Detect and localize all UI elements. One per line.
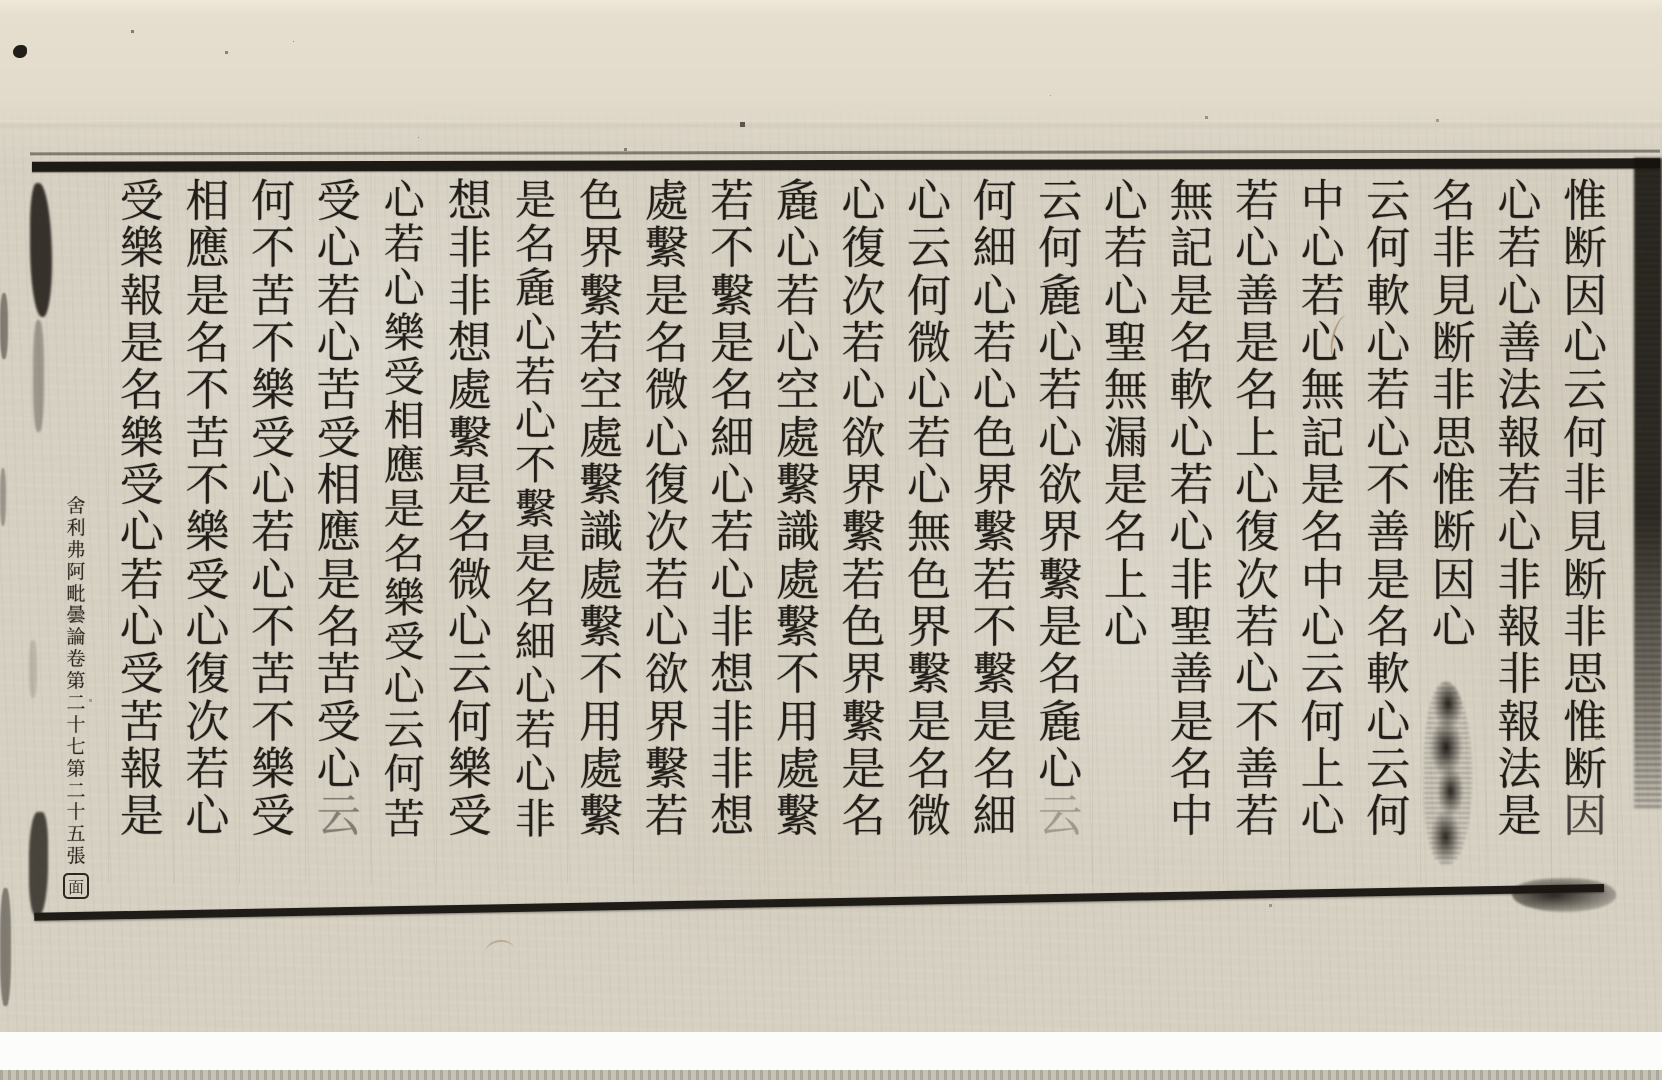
text-column-11: 心云何微心若心無色界繫是名微 <box>900 178 958 841</box>
text-column-3: 名非見断非思惟断因心 <box>1425 178 1483 651</box>
text-column-12: 心復次若心欲界繫若色界繫是名 <box>834 178 892 841</box>
text-column-1: 惟断因心云何非見断非思惟断因 <box>1556 178 1614 841</box>
text-column-2: 心若心善法報若心非報非報法是 <box>1490 178 1548 841</box>
text-column-9: 云何麁心若心欲界繫是名麁心云 <box>1031 178 1089 841</box>
text-column-20: 受心若心苦受相應是名苦受心云 <box>310 178 368 841</box>
text-column-5: 中心若心無記是名中心云何上心 <box>1294 178 1352 841</box>
text-column-4: 云何軟心若心不善是名軟心云何 <box>1359 178 1417 841</box>
page-scan: 惟断因心云何非見断非思惟断因心若心善法報若心非報非報法是名非見断非思惟断因心云何… <box>0 0 1662 1080</box>
text-column-18: 想非非想處繫是名微心云何樂受 <box>441 178 499 841</box>
text-area: 惟断因心云何非見断非思惟断因心若心善法報若心非報非報法是名非見断非思惟断因心云何… <box>0 0 1662 1080</box>
printer-mark: 面 <box>63 873 89 899</box>
text-column-8: 心若心聖無漏是名上心 <box>1097 178 1155 651</box>
scan-white-band <box>0 1032 1662 1072</box>
text-column-16: 色界繫若空處繫識處繫不用處繫 <box>572 178 630 841</box>
text-column-22: 相應是名不苦不樂受心復次若心 <box>178 178 236 841</box>
text-column-17: 是名麁心若心不繫是名細心若心非 <box>506 178 564 841</box>
text-column-21: 何不苦不樂受心若心不苦不樂受 <box>244 178 302 841</box>
text-column-15: 處繫是名微心復次若心欲界繫若 <box>638 178 696 841</box>
colophon-column: 舍利弗阿毗曇論卷第二十七第二十五張面 <box>60 496 92 899</box>
text-column-23: 受樂報是名樂受心若心受苦報是 <box>113 178 171 841</box>
text-column-10: 何細心若心色界繫若不繫是名細 <box>966 178 1024 841</box>
text-column-6: 若心善是名上心復次若心不善若 <box>1228 178 1286 841</box>
text-column-13: 麁心若心空處繫識處繫不用處繫 <box>769 178 827 841</box>
text-column-19: 心若心樂受相應是名樂受心云何苦 <box>375 178 433 841</box>
text-column-14: 若不繫是名細心若心非想非非想 <box>703 178 761 841</box>
page-bottom-edge-strip <box>0 1070 1662 1080</box>
text-column-7: 無記是名軟心若心非聖善是名中 <box>1162 178 1220 841</box>
